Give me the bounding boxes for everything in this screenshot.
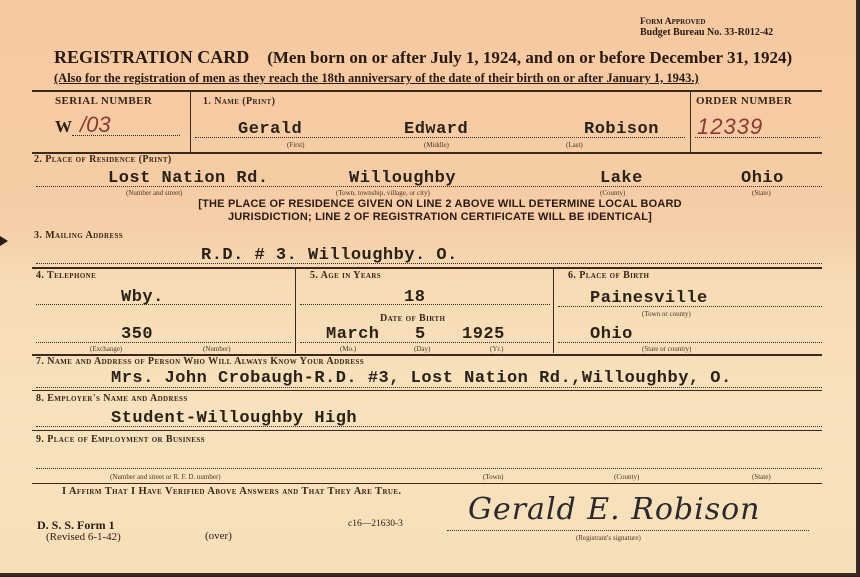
employment-town-caption: (Town) (483, 473, 504, 481)
residence-label: 2. Place of Residence (Print) (34, 154, 172, 165)
telephone-label: 4. Telephone (36, 270, 96, 281)
birthplace-town-caption: (Town or county) (642, 310, 691, 318)
first-name: Gerald (238, 120, 302, 139)
divider (690, 92, 691, 152)
residence-street: Lost Nation Rd. (108, 169, 269, 188)
dob-label: Date of Birth (380, 313, 445, 324)
birthplace-town: Painesville (590, 289, 708, 308)
over-note: (over) (205, 530, 232, 542)
divider (32, 430, 822, 431)
day-caption: (Day) (414, 345, 430, 353)
mailing-address-value: R.D. # 3. Willoughby. O. (201, 246, 458, 265)
revision-date: (Revised 6-1-42) (46, 531, 121, 543)
age-value: 18 (404, 288, 425, 307)
registrant-signature: Gerald E. Robison (468, 492, 760, 527)
first-caption: (First) (287, 141, 305, 149)
jurisdiction-notice-line2: JURISDICTION; LINE 2 OF REGISTRATION CER… (100, 211, 780, 223)
affirmation-text: I Affirm That I Have Verified Above Answ… (62, 486, 401, 497)
middle-name: Edward (404, 120, 468, 139)
contact-person-value: Mrs. John Crobaugh-R.D. #3, Lost Nation … (111, 369, 732, 388)
serial-number-label: SERIAL NUMBER (55, 95, 152, 107)
dob-day: 5 (415, 325, 426, 344)
divider (295, 268, 296, 353)
divider (32, 267, 822, 269)
residence-county: Lake (600, 169, 643, 188)
telephone-number: 350 (121, 325, 153, 344)
town-caption: (Town, township, village, or city) (336, 189, 430, 197)
mailing-address-label: 3. Mailing Address (34, 230, 123, 241)
serial-prefix: W (55, 117, 73, 137)
divider (190, 92, 191, 152)
middle-caption: (Middle) (424, 141, 449, 149)
last-name: Robison (584, 120, 659, 139)
divider (553, 268, 554, 353)
number-line (36, 342, 291, 343)
birthplace-state-caption: (State or country) (642, 345, 691, 353)
residence-town: Willoughby (349, 169, 456, 188)
form-approved: Form Approved (640, 17, 705, 27)
employment-line (36, 468, 822, 469)
divider (32, 90, 822, 92)
divider (32, 390, 822, 391)
card-subtitle: (Also for the registration of men as the… (54, 71, 699, 86)
divider (32, 483, 822, 484)
dob-month: March (326, 325, 380, 344)
county-caption: (County) (600, 189, 625, 197)
employment-state-caption: (State) (752, 473, 771, 481)
state-caption: (State) (752, 189, 771, 197)
serial-number-value: /03 (80, 112, 111, 138)
telephone-exchange: Wby. (121, 288, 164, 307)
street-caption: (Number and street) (126, 189, 182, 197)
employment-county-caption: (County) (614, 473, 639, 481)
year-caption: (Yr.) (490, 345, 503, 353)
month-caption: (Mo.) (340, 345, 356, 353)
employment-street-caption: (Number and street or R. F. D. number) (110, 473, 221, 481)
birth-range: (Men born on or after July 1, 1924, and … (267, 48, 792, 67)
residence-state: Ohio (741, 169, 784, 188)
edge-marker (0, 236, 8, 246)
name-label: 1. Name (Print) (203, 96, 275, 107)
signature-caption: (Registrant's signature) (576, 534, 641, 542)
number-caption: (Number) (203, 345, 231, 353)
budget-bureau-number: Budget Bureau No. 33-R012-42 (640, 27, 773, 38)
jurisdiction-notice-line1: [THE PLACE OF RESIDENCE GIVEN ON LINE 2 … (100, 198, 780, 210)
registration-card: Form Approved Budget Bureau No. 33-R012-… (0, 0, 859, 576)
order-number-label: ORDER NUMBER (696, 95, 792, 107)
signature-line (447, 530, 809, 531)
birthplace-state: Ohio (590, 325, 633, 344)
age-label: 5. Age in Years (310, 270, 381, 281)
employer-label: 8. Employer's Name and Address (36, 393, 188, 404)
card-title: REGISTRATION CARD (54, 47, 249, 67)
last-caption: (Last) (566, 141, 583, 149)
contact-person-label: 7. Name and Address of Person Who Will A… (36, 356, 364, 367)
employment-place-label: 9. Place of Employment or Business (36, 434, 205, 445)
card-title-row: REGISTRATION CARD (Men born on or after … (54, 47, 792, 68)
order-number-value: 12339 (697, 114, 763, 140)
print-code: c16—21630-3 (348, 519, 403, 529)
dob-year: 1925 (462, 325, 505, 344)
employer-value: Student-Willoughby High (111, 409, 357, 428)
birthplace-label: 6. Place of Birth (568, 270, 649, 281)
exchange-caption: (Exchange) (90, 345, 122, 353)
